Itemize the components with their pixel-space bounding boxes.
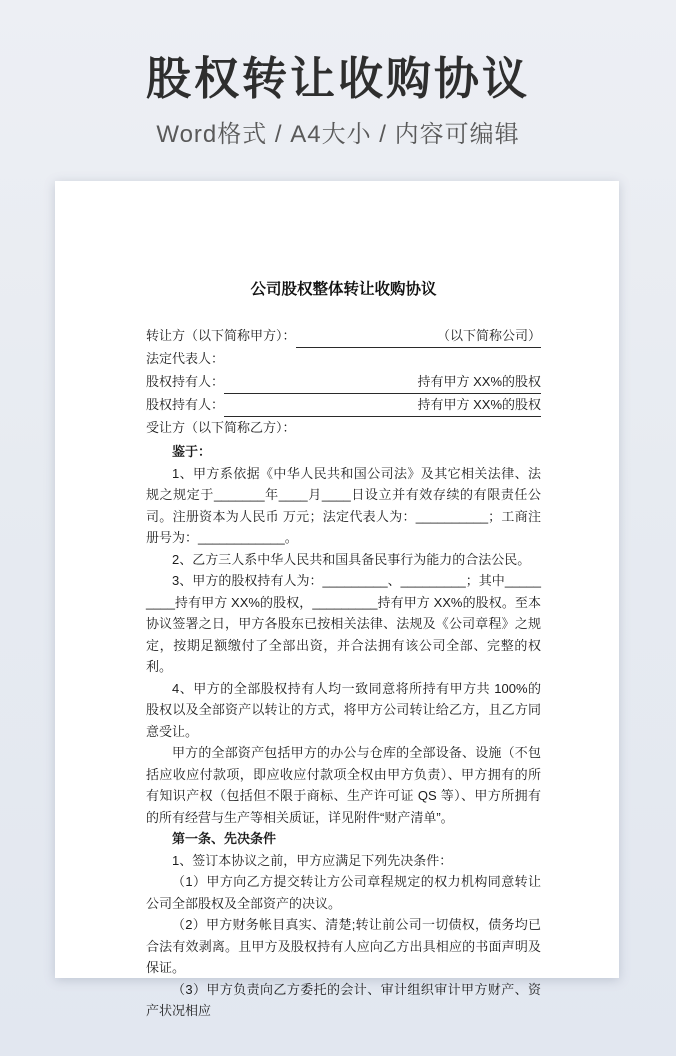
- blank-underline: [296, 325, 437, 348]
- paragraph-precondition-2: （2）甲方财务帐目真实、清楚;转让前公司一切债权，债务均已合法有效剥离。且甲方及…: [146, 914, 541, 979]
- blank-underline: [224, 394, 417, 417]
- banner-subtitle: Word格式 / A4大小 / 内容可编辑: [0, 114, 676, 149]
- party-line-label: 法定代表人：: [146, 348, 224, 371]
- party-line-label: 股权持有人：: [146, 371, 224, 394]
- paragraph-whereas: 鉴于：: [146, 441, 541, 463]
- blank-underline: [224, 371, 417, 394]
- paragraph-precondition-intro: 1、签订本协议之前，甲方应满足下列先决条件：: [146, 850, 541, 872]
- party-line-label: 受让方（以下简称乙方）：: [146, 417, 296, 440]
- paragraph-precondition-3: （3）甲方负责向乙方委托的会计、审计组织审计甲方财产、资产状况相应: [146, 979, 541, 1022]
- paragraph-recital-1: 1、甲方系依据《中华人民共和国公司法》及其它相关法律、法规之规定于_______…: [146, 463, 541, 549]
- party-line-transferee: 受让方（以下简称乙方）：: [146, 417, 541, 440]
- paragraph-assets-scope: 甲方的全部资产包括甲方的办公与仓库的全部设备、设施（不包括应收应付款项，即应收应…: [146, 742, 541, 828]
- document-title: 公司股权整体转让收购协议: [146, 277, 541, 299]
- party-line-transferor: 转让方（以下简称甲方）： （以下简称公司）: [146, 325, 541, 348]
- document-page: 公司股权整体转让收购协议 转让方（以下简称甲方）： （以下简称公司） 法定代表人…: [55, 181, 619, 978]
- banner: 股权转让收购协议 Word格式 / A4大小 / 内容可编辑: [0, 0, 676, 149]
- paragraph-article-1-heading: 第一条、先决条件: [146, 828, 541, 850]
- paragraph-recital-2: 2、乙方三人系中华人民共和国具备民事行为能力的合法公民。: [146, 549, 541, 571]
- party-line-legal-representative: 法定代表人：: [146, 348, 541, 371]
- party-line-label: 股权持有人：: [146, 394, 224, 417]
- party-line-shareholder-1: 股权持有人： 持有甲方 XX%的股权: [146, 371, 541, 394]
- paragraph-precondition-1: （1）甲方向乙方提交转让方公司章程规定的权力机构同意转让公司全部股权及全部资产的…: [146, 871, 541, 914]
- party-line-label: 转让方（以下简称甲方）：: [146, 325, 296, 348]
- party-line-suffix: 持有甲方 XX%的股权: [417, 394, 541, 417]
- paragraph-recital-3: 3、甲方的股权持有人为：_________、_________；其中______…: [146, 570, 541, 678]
- party-line-suffix: 持有甲方 XX%的股权: [417, 371, 541, 394]
- party-lines: 转让方（以下简称甲方）： （以下简称公司） 法定代表人： 股权持有人： 持有甲方…: [146, 325, 541, 440]
- party-line-shareholder-2: 股权持有人： 持有甲方 XX%的股权: [146, 394, 541, 417]
- template-preview: { "banner": { "title": "股权转让收购协议", "subt…: [0, 0, 676, 1056]
- banner-title: 股权转让收购协议: [0, 52, 676, 106]
- party-line-suffix: （以下简称公司）: [437, 325, 541, 348]
- paragraph-recital-4: 4、甲方的全部股权持有人均一致同意将所持有甲方共 100%的股权以及全部资产以转…: [146, 678, 541, 743]
